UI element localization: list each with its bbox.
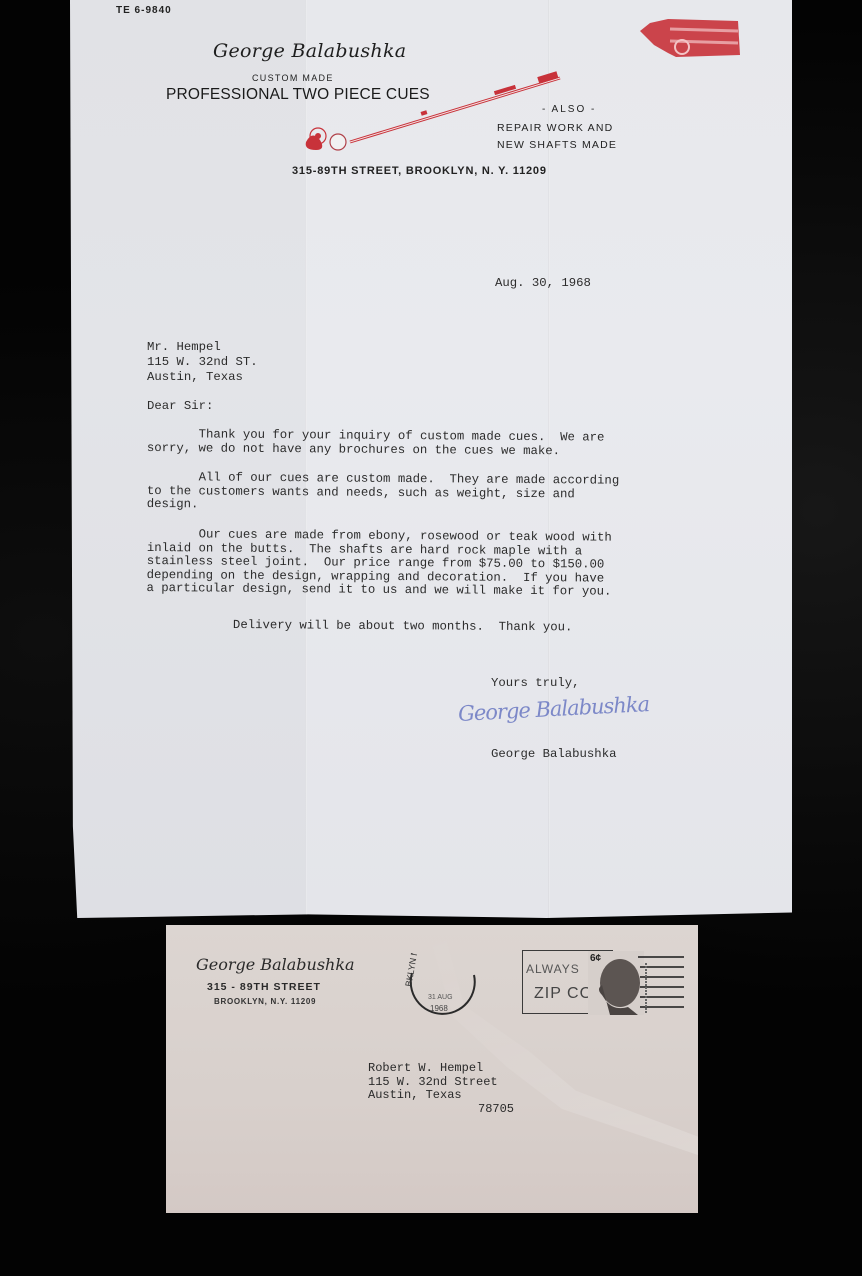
addressee-line: Austin, Texas <box>368 1089 514 1103</box>
letter-date: Aug. 30, 1968 <box>495 276 591 290</box>
recipient-line: Austin, Texas <box>147 370 258 385</box>
letterhead-phone: TE 6-9840 <box>116 5 172 16</box>
body-paragraph: Our cues are made from ebony, rosewood o… <box>146 528 767 600</box>
return-address-city: BROOKLYN, N.Y. 11209 <box>214 997 316 1006</box>
salutation: Dear Sir: <box>147 399 213 413</box>
body-paragraph: Thank you for your inquiry of custom mad… <box>147 428 767 460</box>
return-address-street: 315 - 89TH STREET <box>207 981 321 993</box>
return-address-name: George Balabushka <box>196 955 355 974</box>
handwritten-signature: George Balabushka <box>458 692 650 726</box>
letterhead-services: REPAIR WORK AND NEW SHAFTS MADE <box>497 120 617 154</box>
svg-text:31 AUG: 31 AUG <box>428 994 453 1001</box>
addressee-block: Robert W. Hempel 115 W. 32nd Street Aust… <box>368 1062 514 1116</box>
svg-text:BKLYN N.Y.: BKLYN N.Y. <box>403 953 421 987</box>
fold-shade <box>70 0 305 918</box>
signer-name: George Balabushka <box>491 747 616 761</box>
letterhead-business-name: George Balabushka <box>213 40 406 62</box>
services-line: NEW SHAFTS MADE <box>497 137 617 154</box>
svg-text:1968: 1968 <box>430 1004 448 1013</box>
addressee-line: 115 W. 32nd Street <box>368 1076 514 1090</box>
postage-stamp-icon: 6¢ <box>580 949 686 1019</box>
body-paragraph: Delivery will be about two months. Thank… <box>233 619 853 637</box>
recipient-line: Mr. Hempel <box>147 340 258 355</box>
addressee-zip: 78705 <box>368 1103 514 1117</box>
addressee-line: Robert W. Hempel <box>368 1062 514 1076</box>
postmark-icon: BKLYN N.Y. 31 AUG 1968 <box>398 953 484 1025</box>
services-line: REPAIR WORK AND <box>497 120 617 137</box>
letter-sheet: TE 6-9840 George Balabushka CUSTOM MADE … <box>70 0 792 918</box>
letterhead-address: 315-89TH STREET, BROOKLYN, N. Y. 11209 <box>292 165 547 177</box>
cue-bundle-icon <box>640 15 742 61</box>
cancel-slogan-line: ALWAYS <box>526 962 580 976</box>
recipient-block: Mr. Hempel 115 W. 32nd ST. Austin, Texas <box>147 340 258 385</box>
letterhead-also-label: - ALSO - <box>542 104 596 115</box>
recipient-line: 115 W. 32nd ST. <box>147 355 258 370</box>
closing: Yours truly, <box>491 676 580 690</box>
body-paragraph: All of our cues are custom made. They ar… <box>147 471 767 516</box>
envelope: George Balabushka 315 - 89TH STREET BROO… <box>166 925 698 1213</box>
svg-text:6¢: 6¢ <box>590 953 602 964</box>
